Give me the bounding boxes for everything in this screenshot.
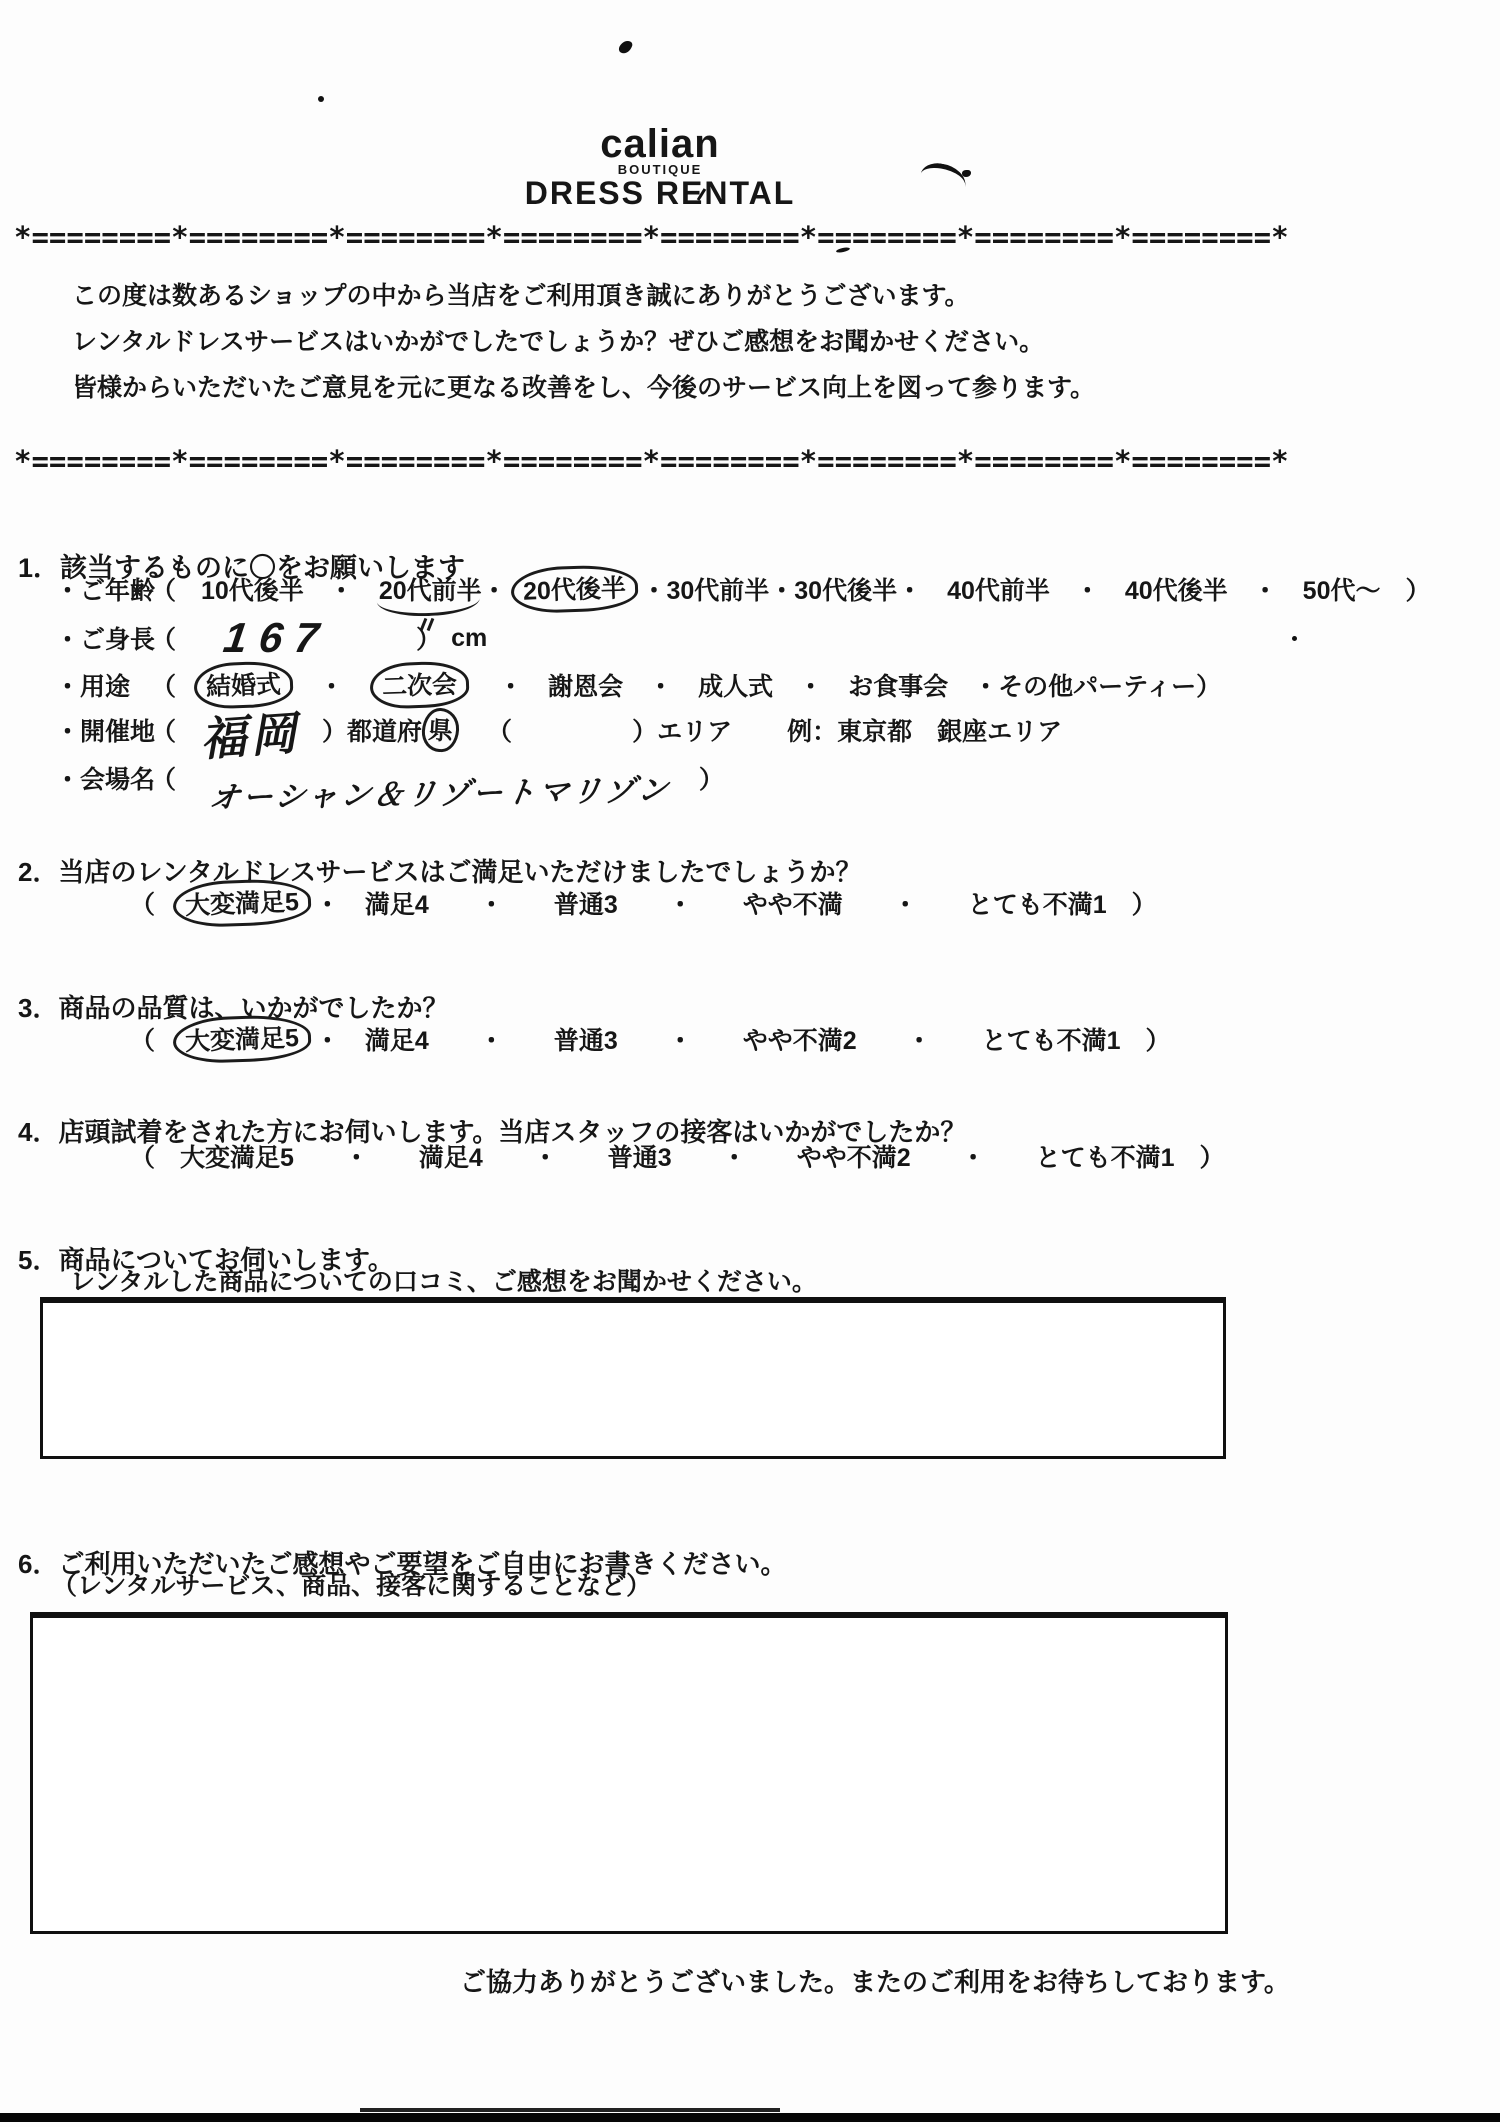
shop-logo: calian BOUTIQUE DRESS RENTAL	[0, 124, 1320, 210]
place-label: ・開催地	[55, 712, 151, 748]
brand-subtitle: BOUTIQUE	[0, 163, 1320, 177]
age-row: ・ご年齢 （ 10代後半 ・ 20代前半 ・ 20代後半 ・30代前半・30代後…	[55, 566, 1431, 612]
purpose-options-post: ・ 謝恩会 ・ 成人式 ・ お食事会 ・その他パーティー）	[473, 667, 1221, 703]
q2-paren-open: （	[130, 885, 155, 921]
scan-edge-artifact	[360, 2108, 780, 2112]
purpose-paren-open: （	[151, 667, 176, 703]
place-example: 例：東京都 銀座エリア	[787, 712, 1062, 748]
q4-options-line: （ 大変満足5 ・ 満足4 ・ 普通3 ・ やや不満2 ・ とても不満1 ）	[130, 1138, 1225, 1174]
venue-handwritten-value: オーシャン＆リゾートマリゾン	[207, 765, 674, 817]
intro-line-3: 皆様からいただいたご意見を元に更なる改善をし、今後のサービス向上を図って参ります…	[72, 375, 1095, 401]
separator-line-bottom: *========*========*========*========*===…	[14, 444, 1289, 478]
q2-options-post: ・ 満足4 ・ 普通3 ・ やや不満 ・ とても不満1 ）	[315, 885, 1157, 921]
age-options-post: ・30代前半・30代後半・ 40代前半 ・ 40代後半 ・ 50代～ ）	[641, 571, 1430, 607]
scanned-survey-page: calian BOUTIQUE DRESS RENTAL *========*=…	[0, 0, 1500, 2127]
venue-paren-close: ）	[699, 760, 724, 796]
purpose-label: ・用途	[55, 667, 151, 703]
question-3-options: （ 大変満足5 ・ 満足4 ・ 普通3 ・ やや不満2 ・ とても不満1 ）	[130, 1014, 1171, 1064]
place-paren-open: （	[151, 712, 176, 748]
comment-box-free-feedback	[30, 1612, 1228, 1934]
height-paren-close: ）	[416, 620, 441, 656]
height-handwritten-value: 167	[221, 614, 334, 662]
intro-line-2: レンタルドレスサービスはいかがでしたでしょうか？ぜひご感想をお聞かせください。	[72, 329, 1095, 355]
brand-name: calian	[0, 124, 1320, 166]
height-paren-open: （	[151, 620, 176, 656]
document-title: DRESS RENTAL	[0, 177, 1320, 210]
place-area-paren-close: ）エリア	[632, 712, 732, 748]
place-area-paren-open: （	[487, 712, 512, 748]
age-option-20-early-text: 20代前半	[379, 577, 482, 605]
intro-text: この度は数あるショップの中から当店をご利用頂き誠にありがとうございます。 レンタ…	[72, 283, 1095, 421]
question-4-options: （ 大変満足5 ・ 満足4 ・ 普通3 ・ やや不満2 ・ とても不満1 ）	[130, 1138, 1225, 1174]
age-dot: ・	[482, 571, 507, 607]
height-label: ・ご身長	[55, 620, 151, 656]
place-ken-circled: 県	[421, 707, 460, 753]
comment-box-product-review	[40, 1297, 1226, 1459]
pen-mark-comma	[617, 38, 633, 56]
question-2-options: （ 大変満足5 ・ 満足4 ・ 普通3 ・ やや不満 ・ とても不満1 ）	[130, 878, 1157, 928]
scan-edge-line	[0, 2113, 1500, 2122]
separator-line-top: *========*========*========*========*===…	[14, 220, 1289, 254]
age-option-20-early: 20代前半	[379, 571, 482, 607]
q2-option-verysatisfied-circled: 大変満足5	[172, 878, 311, 929]
venue-row: ・会場名 （ オーシャン＆リゾートマリゾン ）	[55, 748, 724, 808]
age-option-20-late-circled: 20代後半	[510, 564, 638, 614]
closing-message: ご協力ありがとうございました。またのご利用をお待ちしております。	[460, 1962, 1290, 1999]
pen-mark-dot	[318, 96, 324, 102]
height-unit: cm	[451, 624, 487, 653]
intro-line-1: この度は数あるショップの中から当店をご利用頂き誠にありがとうございます。	[72, 283, 1095, 309]
question-5-subtext: レンタルした商品についての口コミ、ご感想をお聞かせください。	[70, 1262, 817, 1298]
venue-label: ・会場名	[55, 760, 151, 796]
venue-paren-open: （	[151, 760, 176, 796]
q3-option-verysatisfied-circled: 大変満足5	[172, 1014, 311, 1065]
question-6-subtext: （レンタルサービス、商品、接客に関することなど）	[52, 1566, 651, 1602]
q3-paren-open: （	[130, 1021, 155, 1057]
place-prefecture-text: ）都道府	[322, 712, 422, 748]
age-options-pre: （ 10代後半 ・	[151, 571, 379, 607]
q3-options-post: ・ 満足4 ・ 普通3 ・ やや不満2 ・ とても不満1 ）	[315, 1021, 1171, 1057]
purpose-dot: ・	[319, 667, 344, 703]
age-label: ・ご年齢	[55, 571, 151, 607]
pen-mark-dot	[1292, 636, 1297, 641]
height-row: ・ご身長 （ 167 ） cm	[55, 612, 501, 664]
